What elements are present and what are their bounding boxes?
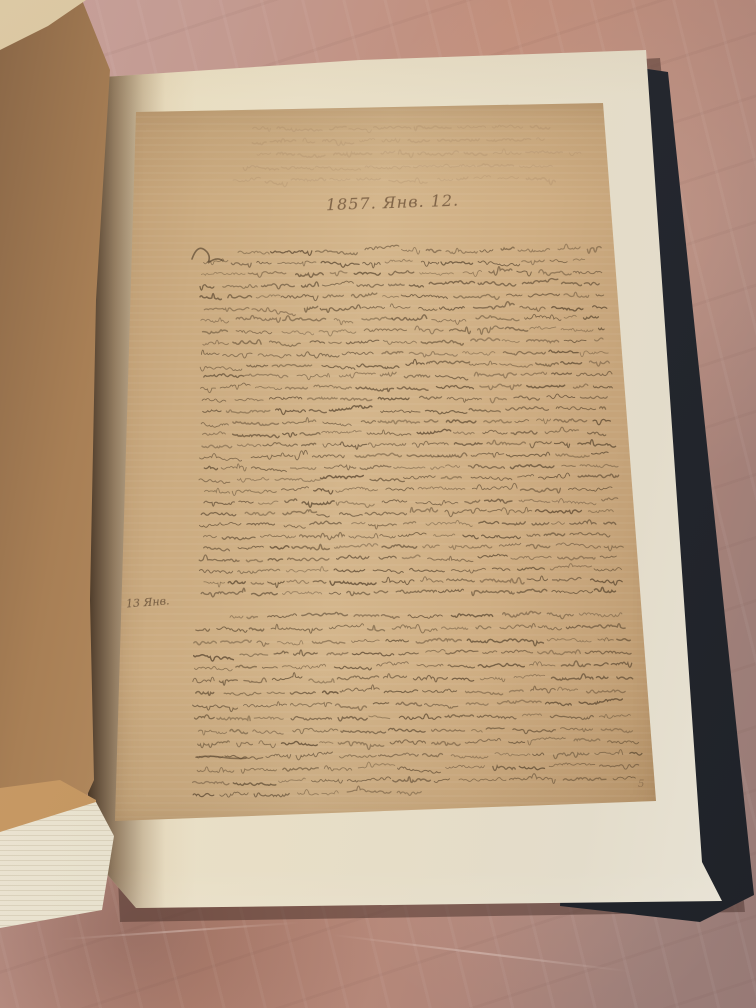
right-page: 1857. Янв. 12. 13 Янв. 5 xyxy=(0,0,756,1008)
entry-date-heading: 1857. Янв. 12. xyxy=(300,190,486,215)
photo-open-book: 1857. Янв. 12. 13 Янв. 5 xyxy=(0,0,756,1008)
handwriting-lines xyxy=(110,95,666,830)
manuscript-facsimile: 1857. Янв. 12. 13 Янв. 5 xyxy=(110,95,666,830)
margin-date-note: 13 Янв. xyxy=(126,594,170,610)
page-number: 5 xyxy=(638,779,644,790)
